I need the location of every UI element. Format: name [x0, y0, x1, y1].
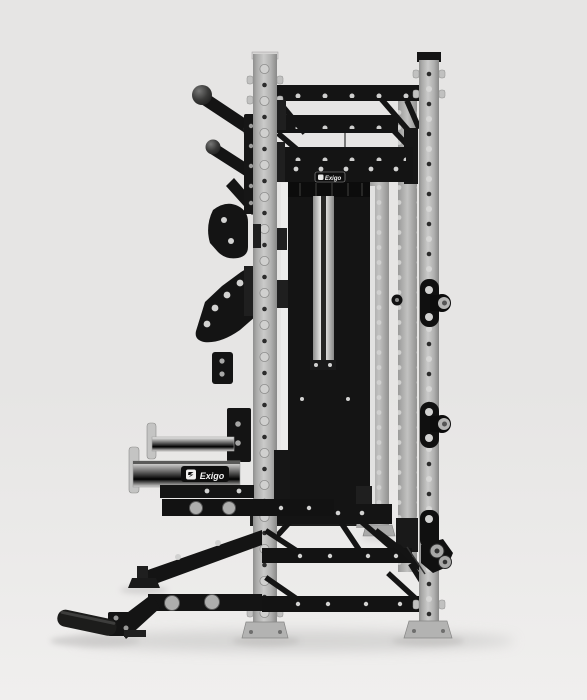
logo-icon — [318, 175, 324, 181]
stack-logo-badge: Exigo — [315, 172, 345, 182]
grip-ball-mid — [206, 140, 221, 155]
trolley-middle — [420, 402, 451, 448]
lower-accessory-bracket — [196, 266, 258, 342]
roller — [223, 502, 236, 515]
stack-header: Exigo — [277, 147, 413, 182]
outrigger-foot — [128, 578, 160, 588]
spotter-arm-upper — [147, 423, 234, 459]
arm-clamp — [227, 408, 251, 462]
arm-logo-text: Exigo — [200, 471, 225, 481]
product-photo: Exigo — [0, 0, 587, 700]
pullup-attachment — [192, 85, 262, 215]
roller — [165, 596, 180, 611]
grip-ball-top — [192, 85, 212, 105]
rack-illustration: Exigo — [0, 0, 587, 700]
upper-accessory-bracket — [208, 204, 248, 259]
stack-logo-text: Exigo — [325, 176, 342, 182]
left-upright-foot — [242, 622, 288, 638]
trolley-top — [420, 279, 451, 327]
roller — [205, 595, 220, 610]
arm-logo-badge: Exigo — [181, 466, 229, 482]
landmine-attachment — [56, 608, 146, 637]
outrigger-upper — [128, 530, 262, 588]
roller — [190, 502, 203, 515]
right-upright-foot — [404, 621, 452, 638]
landmine-foot — [124, 630, 146, 637]
rod-end-bracket — [310, 360, 336, 370]
guide-rods — [310, 196, 336, 370]
arm-rear-bracket — [274, 450, 290, 500]
base-beam-upper — [262, 548, 412, 563]
base-beam-lower — [262, 596, 432, 612]
small-clamp — [212, 352, 233, 384]
